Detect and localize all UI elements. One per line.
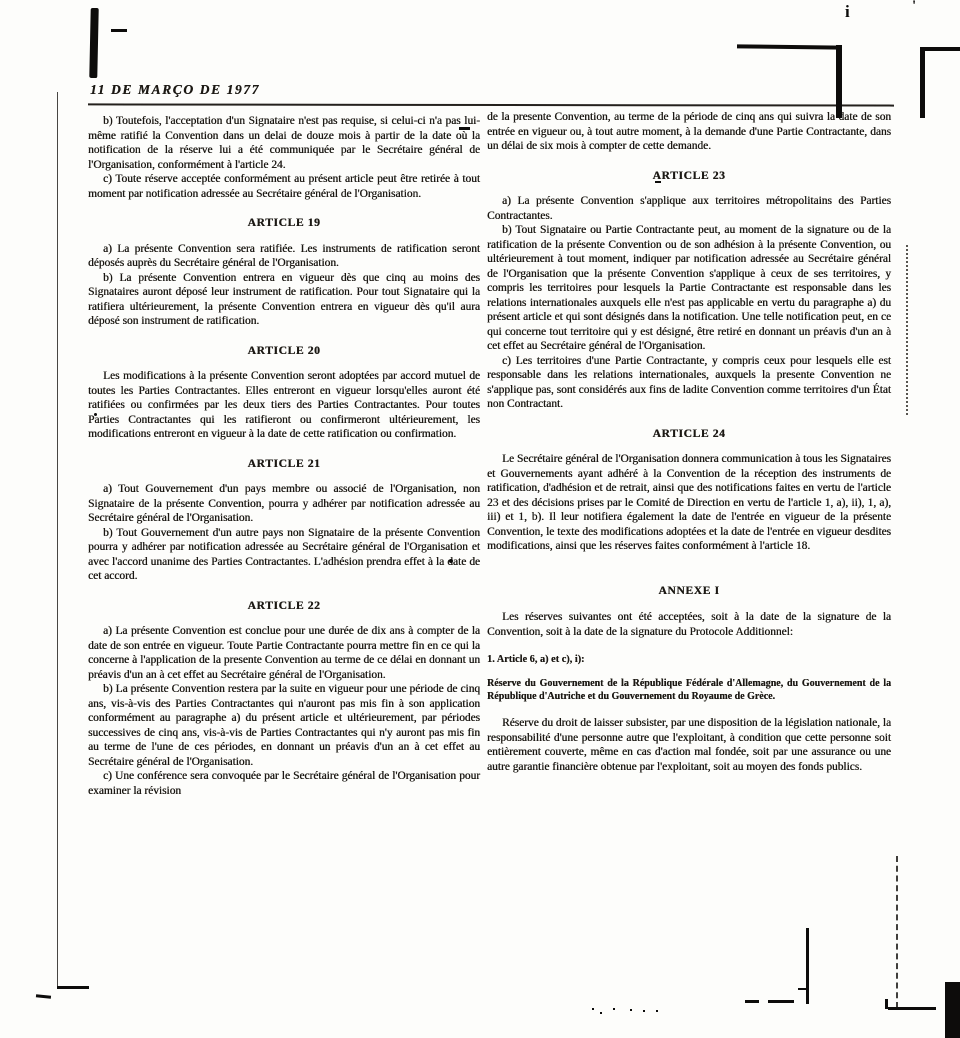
- scan-dash-top-left: [111, 29, 127, 32]
- article-20-heading: ARTICLE 20: [88, 344, 480, 359]
- right-dotted-fold-line: [906, 245, 908, 415]
- article-22-heading: ARTICLE 22: [88, 599, 480, 614]
- right-column: de la presente Convention, au terme de l…: [487, 110, 891, 774]
- scan-dash-above-article-23: [655, 181, 661, 183]
- bottom-crop-line-dashed: [896, 856, 898, 1008]
- paragraph-art22-b: b) La présente Convention restera par la…: [88, 682, 480, 769]
- annexe-item-1-label: 1. Article 6, a) et c), i):: [487, 653, 891, 666]
- paragraph-art21-a: a) Tout Gouvernement d'un pays membre ou…: [88, 482, 480, 526]
- article-21-heading: ARTICLE 21: [88, 457, 480, 472]
- paragraph-annexe-reserve-detail: Réserve du droit de laisser subsister, p…: [487, 716, 891, 774]
- scan-speck-dots-bottom: [592, 1008, 594, 1010]
- bottom-crop-line-jag: [798, 988, 807, 990]
- paragraph-art23-c: c) Les territoires d'une Partie Contract…: [487, 354, 891, 412]
- paragraph-art19-a: a) La présente Convention sera ratifiée.…: [88, 242, 480, 271]
- paragraph-annexe-intro: Les réserves suivantes ont été acceptées…: [487, 610, 891, 639]
- paragraph-art22-c-continuation: de la presente Convention, au terme de l…: [487, 110, 891, 154]
- bottom-crop-line-foot: [888, 1007, 936, 1010]
- corner-bracket-top-horizontal: [737, 44, 841, 49]
- left-margin-crop-foot: [57, 986, 89, 989]
- article-23-heading: ARTICLE 23: [487, 169, 891, 184]
- paragraph-art19-b: b) La présente Convention entrera en vig…: [88, 271, 480, 329]
- paragraph-art23-a: a) La présente Convention s'applique aux…: [487, 194, 891, 223]
- annexe-1-heading: ANNEXE I: [487, 584, 891, 599]
- paragraph-art21-b: b) Tout Gouvernement d'un autre pays non…: [88, 526, 480, 584]
- scan-letter-i-mark: i: [845, 2, 850, 22]
- corner-bracket-right-horizontal: [920, 47, 960, 51]
- article-19-heading: ARTICLE 19: [88, 216, 480, 231]
- scan-speck-dot: [449, 559, 453, 563]
- scan-ink-bar-bottom-right: [945, 982, 960, 1038]
- scan-tick-mark: ': [912, 0, 916, 15]
- paragraph-art23-b: b) Tout Signataire ou Partie Contractant…: [487, 223, 891, 354]
- bottom-crop-dash: [745, 1000, 759, 1003]
- left-column: b) Toutefois, l'acceptation d'un Signata…: [88, 114, 480, 798]
- article-24-heading: ARTICLE 24: [487, 427, 891, 442]
- scan-underline-dash: [459, 127, 470, 130]
- paragraph-art22-a: a) La présente Convention est conclue po…: [88, 624, 480, 682]
- scan-ink-bar-top-left: [89, 8, 98, 78]
- left-margin-crop-line: [57, 92, 58, 986]
- corner-bracket-top-vertical: [836, 45, 842, 118]
- header-rule: [88, 103, 894, 106]
- paragraph-art22-c: c) Une conférence sera convoquée par le …: [88, 769, 480, 798]
- paragraph-art18-b: b) Toutefois, l'acceptation d'un Signata…: [88, 114, 480, 172]
- scanned-document-page: 11 DE MARÇO DE 1977 b) Toutefois, l'acce…: [0, 0, 960, 1038]
- page-header-date: 11 DE MARÇO DE 1977: [90, 82, 260, 98]
- scan-speck-dot: [94, 413, 97, 416]
- corner-bracket-right-vertical: [920, 49, 925, 118]
- bottom-crop-dash: [768, 1000, 794, 1003]
- paragraph-art18-c: c) Toute réserve acceptée conformément a…: [88, 172, 480, 201]
- annexe-reserve-governments: Réserve du Gouvernement de la République…: [487, 677, 891, 703]
- bottom-crop-arrow-tick: [885, 999, 888, 1009]
- paragraph-art24: Le Secrétaire général de l'Organisation …: [487, 452, 891, 554]
- left-margin-arrow-tick: [36, 994, 51, 998]
- bottom-crop-line-solid: [806, 928, 809, 1004]
- paragraph-art20: Les modifications à la présente Conventi…: [88, 369, 480, 442]
